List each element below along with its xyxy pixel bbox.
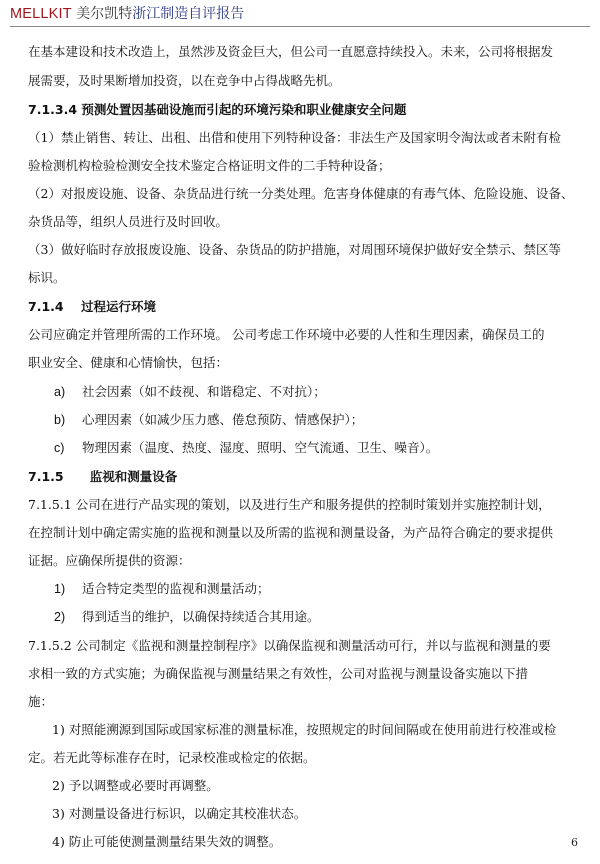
list-item: a)社会因素（如不歧视、和谐稳定、不对抗）；: [54, 384, 326, 400]
list-item: 2)得到适当的维护，以确保持续适合其用途。: [54, 609, 320, 625]
paragraph-line: 公司应确定并管理所需的工作环境。 公司考虑工作环境中必要的人性和生理因素，确保员…: [28, 327, 544, 343]
paragraph-line: 在基本建设和技术改造上，虽然涉及资金巨大，但公司一直愿意持续投入。未来，公司将根…: [28, 44, 553, 60]
section-heading-7134: 7.1.3.4 预测处置因基础设施而引起的环境污染和职业健康安全问题: [28, 102, 406, 118]
header-rule: [10, 26, 590, 27]
section-number: 7.1.4: [28, 299, 64, 314]
list-marker: b): [54, 412, 82, 428]
measure-item: 2) 予以调整或必要时再调整。: [52, 778, 219, 794]
paragraph-line: 7.1.5.1 公司在进行产品实现的策划，以及进行生产和服务提供的控制时策划并实…: [28, 497, 551, 513]
paragraph-line: 展需要，及时果断增加投资，以在竞争中占得战略先机。: [28, 73, 341, 89]
paragraph-line: 标识。: [28, 270, 66, 286]
paragraph-line: （2）对报废设施、设备、杂货品进行统一分类处理。危害身体健康的有毒气体、危险设施…: [28, 186, 573, 202]
page-header: MELLKIT 美尔凯特浙江制造自评报告: [10, 4, 244, 24]
paragraph-line: （1）禁止销售、转让、出租、出借和使用下列特种设备：非法生产及国家明令淘汰或者未…: [28, 130, 561, 146]
list-marker: 2): [54, 609, 82, 625]
section-heading-715: 7.1.5 监视和测量设备: [28, 469, 177, 485]
company-name: 美尔凯特: [76, 6, 132, 22]
paragraph-line: （3）做好临时存放报废设施、设备、杂货品的防护措施，对周围环境保护做好安全禁示、…: [28, 242, 561, 258]
paragraph-line: 在控制计划中确定需实施的监视和测量以及所需的监视和测量设备，为产品符合确定的要求…: [28, 525, 553, 541]
paragraph-line: 施：: [28, 694, 53, 710]
report-title: 浙江制造自评报告: [132, 6, 244, 22]
paragraph-line: 验检测机构检验检测安全技术鉴定合格证明文件的二手特种设备；: [28, 158, 391, 174]
list-marker: c): [54, 440, 82, 456]
section-number: 7.1.5: [28, 469, 64, 484]
paragraph-line: 7.1.5.2 公司制定《监视和测量控制程序》以确保监视和测量活动可行，并以与监…: [28, 638, 551, 654]
paragraph-line: 职业安全、健康和心情愉快，包括：: [28, 355, 228, 371]
page-number: 6: [571, 836, 578, 849]
paragraph-line: 证据。应确保所提供的资源：: [28, 553, 191, 569]
section-title: 过程运行环境: [81, 299, 156, 314]
list-marker: 1): [54, 581, 82, 597]
measure-item-cont: 定。若无此等标准存在时，记录校准或检定的依据。: [28, 750, 316, 766]
list-marker: a): [54, 384, 82, 400]
list-item: 1)适合特定类型的监视和测量活动；: [54, 581, 270, 597]
measure-item: 4) 防止可能使测量测量结果失效的调整。: [52, 834, 281, 850]
paragraph-line: 杂货品等，组织人员进行及时回收。: [28, 214, 228, 230]
list-item: b)心理因素（如减少压力感、倦怠预防、情感保护）；: [54, 412, 363, 428]
section-heading-714: 7.1.4 过程运行环境: [28, 299, 156, 315]
measure-item: 1) 对照能溯源到国际或国家标准的测量标准，按照规定的时间间隔或在使用前进行校准…: [52, 722, 556, 738]
measure-item: 3) 对测量设备进行标识，以确定其校准状态。: [52, 806, 306, 822]
paragraph-line: 求相一致的方式实施；为确保监视与测量结果之有效性，公司对监视与测量设备实施以下措: [28, 666, 528, 682]
list-item: c)物理因素（温度、热度、湿度、照明、空气流通、卫生、噪音）。: [54, 440, 438, 456]
brand-logo-text: MELLKIT: [10, 6, 72, 22]
section-title: 监视和测量设备: [90, 469, 178, 484]
